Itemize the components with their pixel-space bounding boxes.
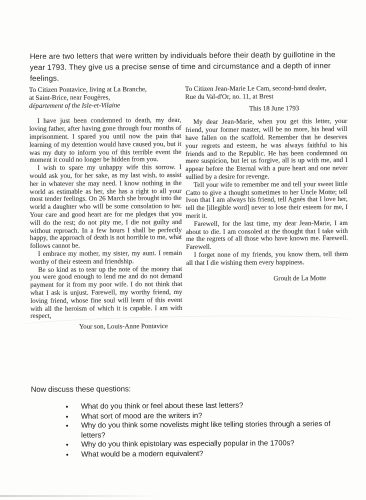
intro-text: Here are two letters that were written b… xyxy=(30,49,336,84)
letter-address: To Citizen Pontavice, living at La Branc… xyxy=(29,86,181,110)
scan-content: Here are two letters that were written b… xyxy=(0,0,366,500)
letter-le-cam: To Citizen Jean-Marie Le Cam, second-han… xyxy=(185,85,348,331)
letter-paragraph: I embrace my mother, my sister, my aunt.… xyxy=(30,250,182,267)
letter-paragraph: Be so kind as to tear up the note of the… xyxy=(30,266,182,322)
letter-paragraph: I have just been condemned to death, my … xyxy=(29,117,181,165)
letter-address-line: To Citizen Jean-Marie Le Cam, second-han… xyxy=(185,85,347,94)
letter-paragraph: Farewell, for the last time, my dear Jea… xyxy=(186,220,348,252)
letters-section: To Citizen Pontavice, living at La Branc… xyxy=(29,85,348,332)
letter-address: To Citizen Jean-Marie Le Cam, second-han… xyxy=(185,85,347,102)
scan-edge-artifact xyxy=(0,495,162,497)
letter-signature: Groult de La Motte xyxy=(186,275,348,284)
discussion-section: Now discuss these questions: What do you… xyxy=(31,383,353,459)
letter-address-line: département of the Isle-et-Vilaine xyxy=(29,102,181,111)
letter-address-line: Rue du Val-d'Or, no. 11, at Brest xyxy=(185,93,347,102)
letter-pontavice: To Citizen Pontavice, living at La Branc… xyxy=(29,86,182,332)
letter-paragraph: My dear Jean-Marie, when you get this le… xyxy=(185,118,347,181)
letter-paragraph: I forget none of my friends, you know th… xyxy=(186,251,348,268)
discussion-heading: Now discuss these questions: xyxy=(31,383,353,395)
letter-date: This 18 June 1793 xyxy=(185,105,347,114)
question-item: What would be a modern equivalent? xyxy=(77,447,353,458)
question-item: Why do you think some novelists might li… xyxy=(77,419,353,440)
scanned-worksheet-page: Here are two letters that were written b… xyxy=(0,0,366,500)
letter-paragraph: I wish to spare my unhappy wife this sor… xyxy=(29,164,182,251)
question-list: What do you think or feel about these la… xyxy=(31,400,353,459)
letter-paragraph: Tell your wife to remember me and tell y… xyxy=(186,181,348,221)
